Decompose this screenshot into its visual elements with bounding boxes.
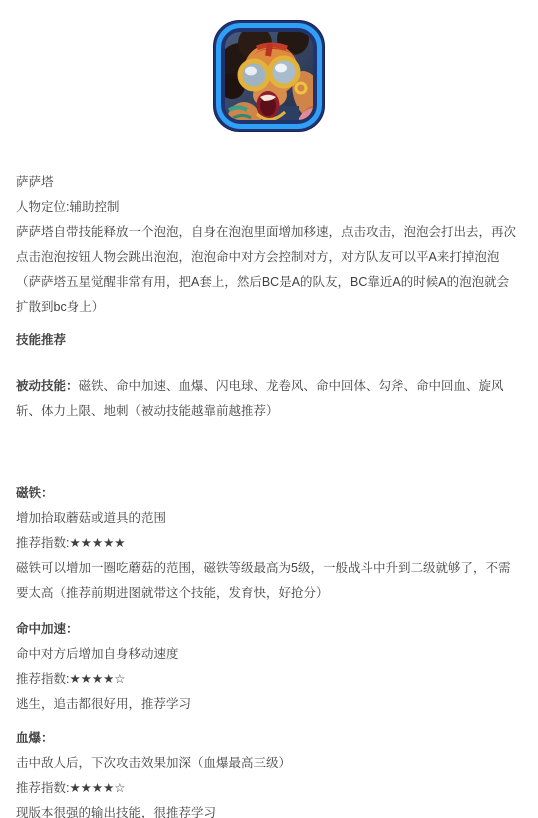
skill-effect: 命中对方后增加自身移动速度: [16, 642, 522, 667]
skill-comment: 逃生，追击都很好用，推荐学习: [16, 692, 522, 717]
skill-effect: 击中敌人后，下次攻击效果加深（血爆最高三级）: [16, 751, 522, 776]
character-intro: 萨萨塔 人物定位:辅助控制 萨萨塔自带技能释放一个泡泡，自身在泡泡里面增加移速，…: [16, 170, 522, 320]
skill-rating: 推荐指数:★★★★☆: [16, 667, 522, 692]
skill-rating: 推荐指数:★★★★☆: [16, 776, 522, 801]
skill-name: 血爆：: [16, 726, 522, 751]
passive-skills-list: 磁铁、命中加速、血爆、闪电球、龙卷风、命中回体、勾斧、命中回血、旋风 斩、体力上…: [16, 379, 504, 418]
skill-section-mingzhong-jiasu: 命中加速： 命中对方后增加自身移动速度 推荐指数:★★★★☆ 逃生，追击都很好用…: [16, 617, 522, 717]
skill-comment: 现版本很强的输出技能，很推荐学习: [16, 801, 522, 818]
goggles-icon: [240, 61, 268, 89]
skill-name: 命中加速：: [16, 617, 522, 642]
passive-skills-line: 被动技能：磁铁、命中加速、血爆、闪电球、龙卷风、命中回体、勾斧、命中回血、旋风 …: [16, 374, 522, 424]
article-content: 萨萨塔 人物定位:辅助控制 萨萨塔自带技能释放一个泡泡，自身在泡泡里面增加移速，…: [0, 0, 538, 818]
character-description: 萨萨塔自带技能释放一个泡泡，自身在泡泡里面增加移速，点击攻击，泡泡会打出去，再次…: [16, 220, 522, 320]
skill-rating: 推荐指数:★★★★★: [16, 531, 522, 556]
sasata-character-icon: [213, 20, 325, 132]
skills-section-title: 技能推荐: [16, 328, 522, 353]
character-icon-row: [16, 0, 522, 132]
skill-section-xuebao: 血爆： 击中敌人后，下次攻击效果加深（血爆最高三级） 推荐指数:★★★★☆ 现版…: [16, 726, 522, 818]
passive-skills-label: 被动技能：: [16, 379, 79, 393]
character-role: 人物定位:辅助控制: [16, 195, 522, 220]
skill-name: 磁铁：: [16, 481, 522, 506]
skill-comment: 磁铁可以增加一圈吃蘑菇的范围，磁铁等级最高为5级，一般战斗中升到二级就够了，不需…: [16, 556, 522, 606]
skill-section-citie: 磁铁： 增加拾取蘑菇或道具的范围 推荐指数:★★★★★ 磁铁可以增加一圈吃蘑菇的…: [16, 481, 522, 606]
character-name: 萨萨塔: [16, 170, 522, 195]
skill-effect: 增加拾取蘑菇或道具的范围: [16, 506, 522, 531]
